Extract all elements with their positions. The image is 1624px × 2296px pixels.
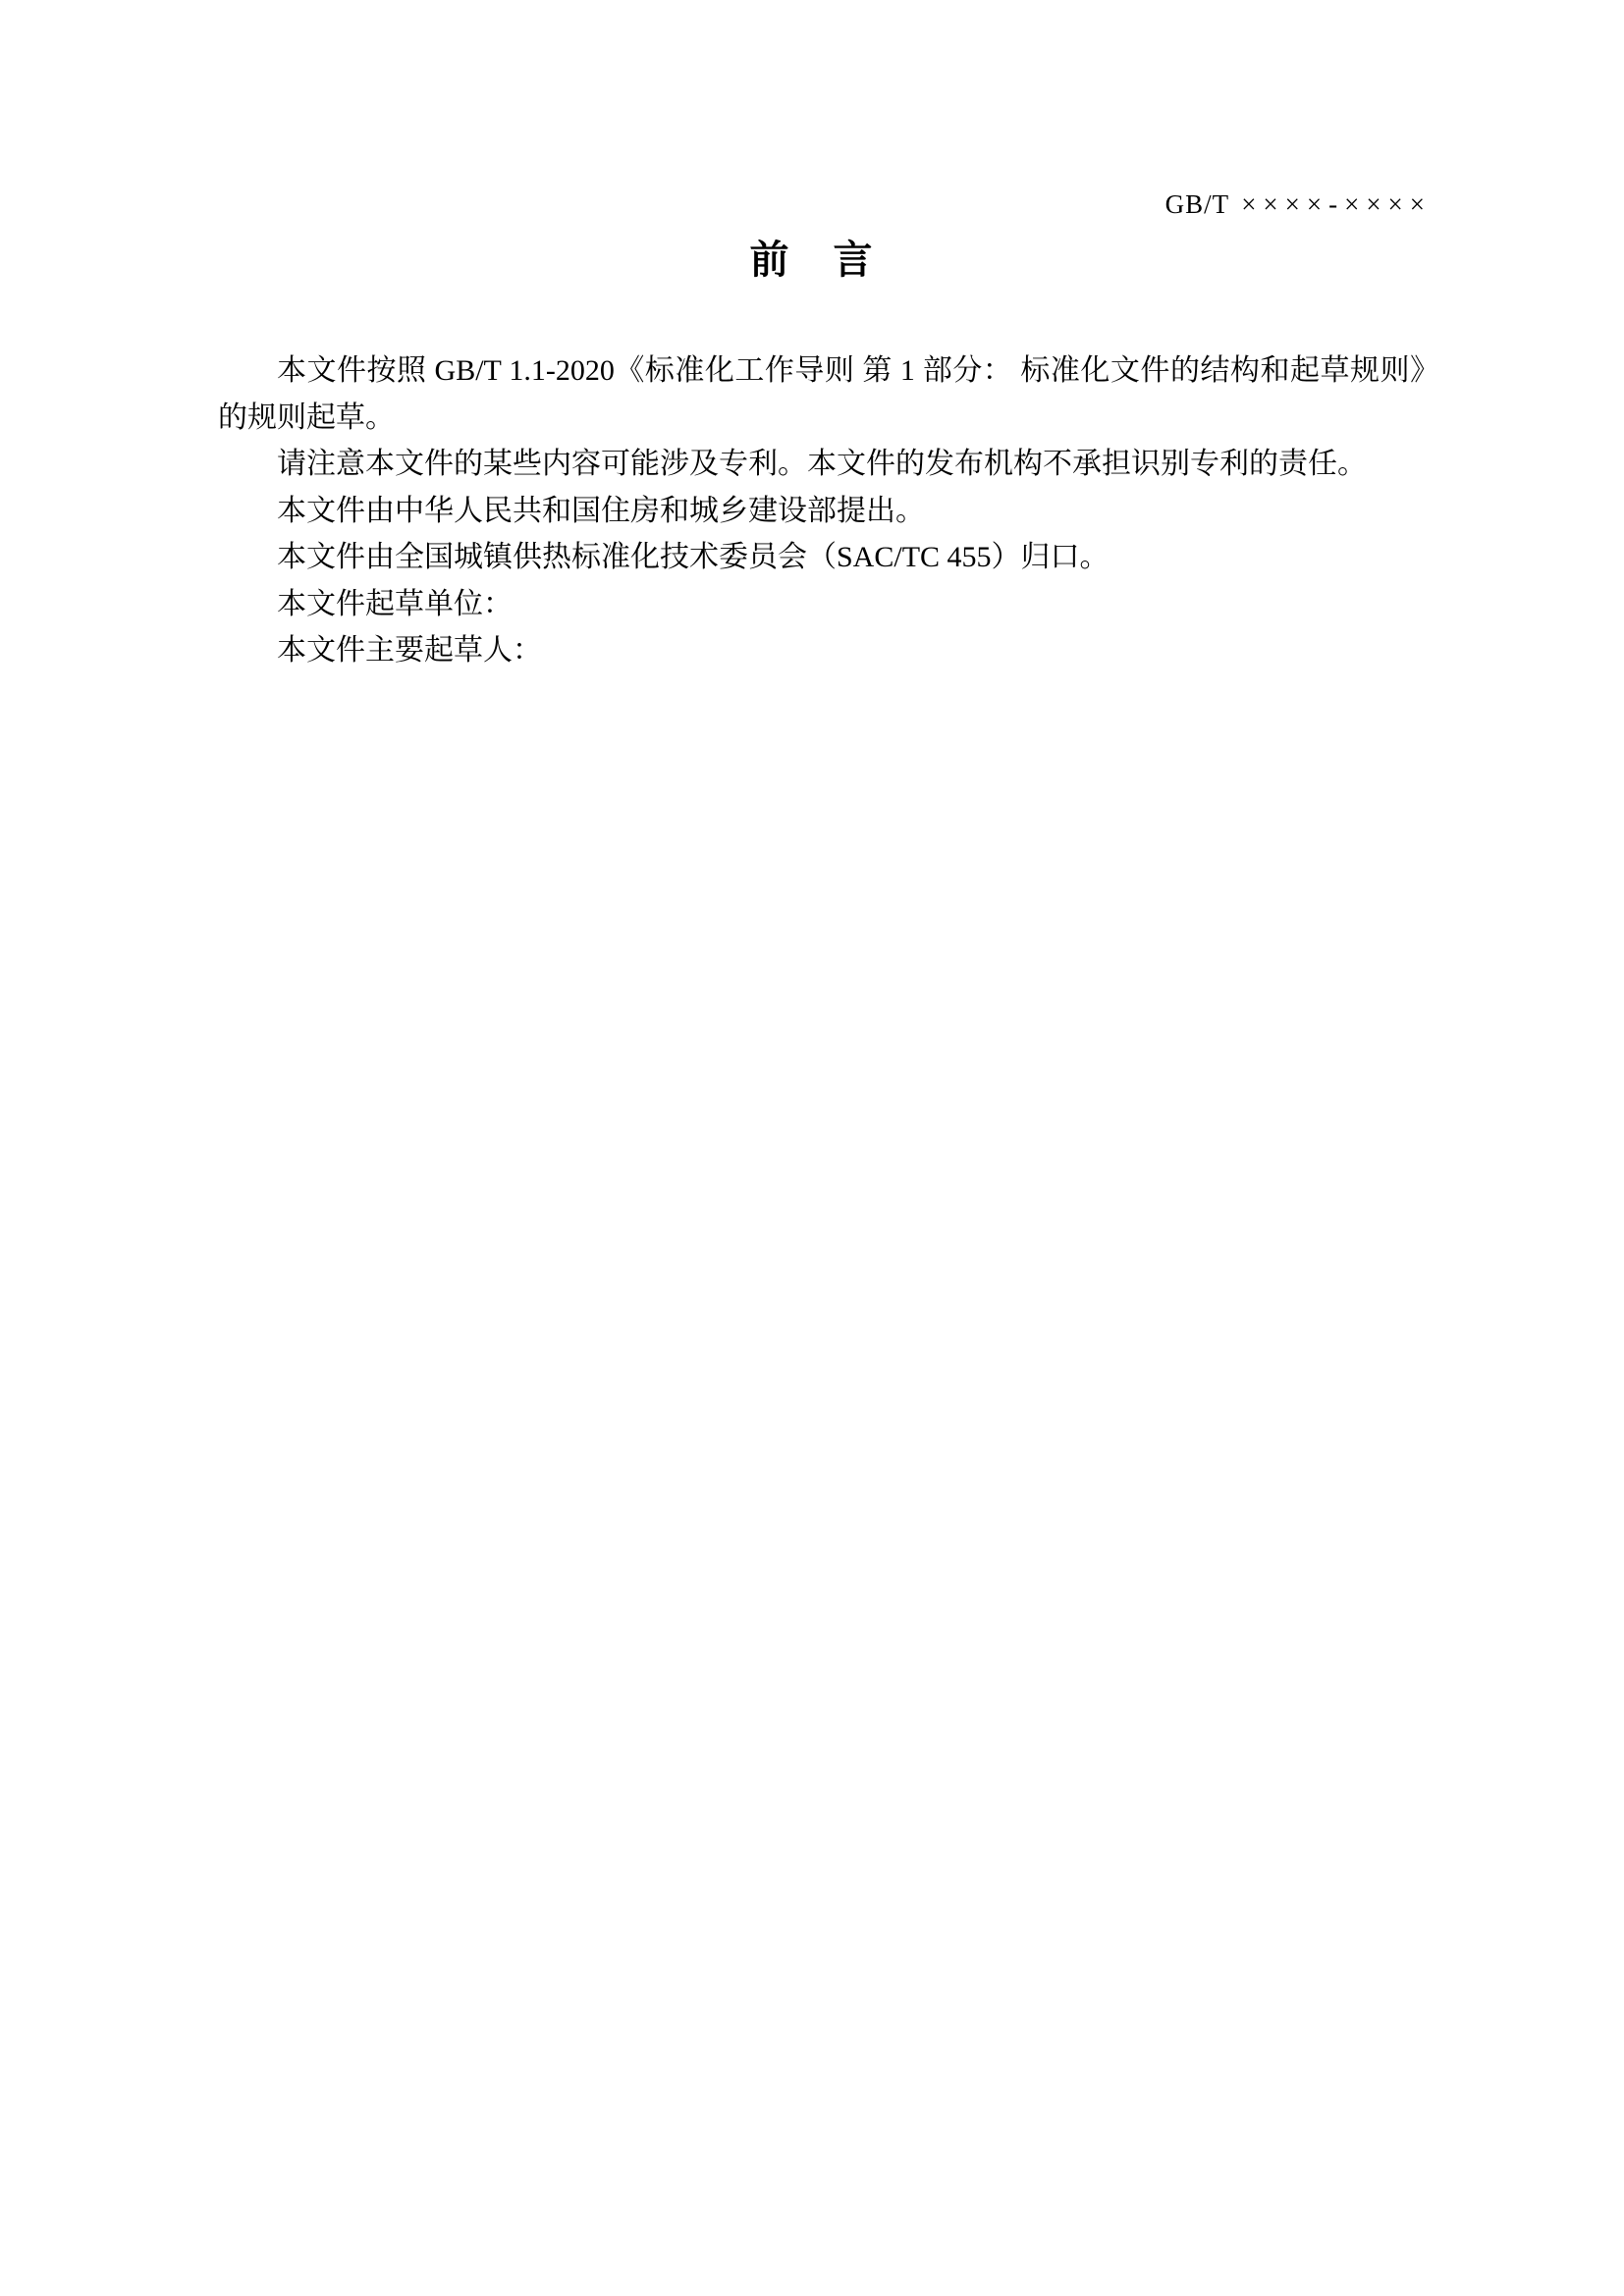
paragraph-proposed-by: 本文件由中华人民共和国住房和城乡建设部提出。 (218, 488, 1439, 535)
paragraph-patent-notice: 请注意本文件的某些内容可能涉及专利。本文件的发布机构不承担识别专利的责任。 (218, 441, 1439, 488)
paragraph-chief-drafters: 本文件主要起草人： (218, 627, 1439, 674)
document-page: GB/T××××-×××× 前 言 本文件按照 GB/T 1.1-2020《标准… (0, 0, 1624, 2296)
paragraph-under-jurisdiction: 本文件由全国城镇供热标准化技术委员会（SAC/TC 455）归口。 (218, 534, 1439, 581)
doc-code: GB/T××××-×××× (1165, 188, 1432, 220)
paragraph-drafting-organizations: 本文件起草单位： (218, 581, 1439, 628)
foreword-body: 本文件按照 GB/T 1.1-2020《标准化工作导则 第 1 部分： 标准化文… (218, 347, 1439, 674)
foreword-title: 前 言 (0, 235, 1624, 286)
doc-code-prefix: GB/T (1165, 189, 1230, 219)
doc-code-numbers: ××××-×××× (1241, 189, 1432, 219)
paragraph-drafting-rules: 本文件按照 GB/T 1.1-2020《标准化工作导则 第 1 部分： 标准化文… (218, 347, 1439, 441)
